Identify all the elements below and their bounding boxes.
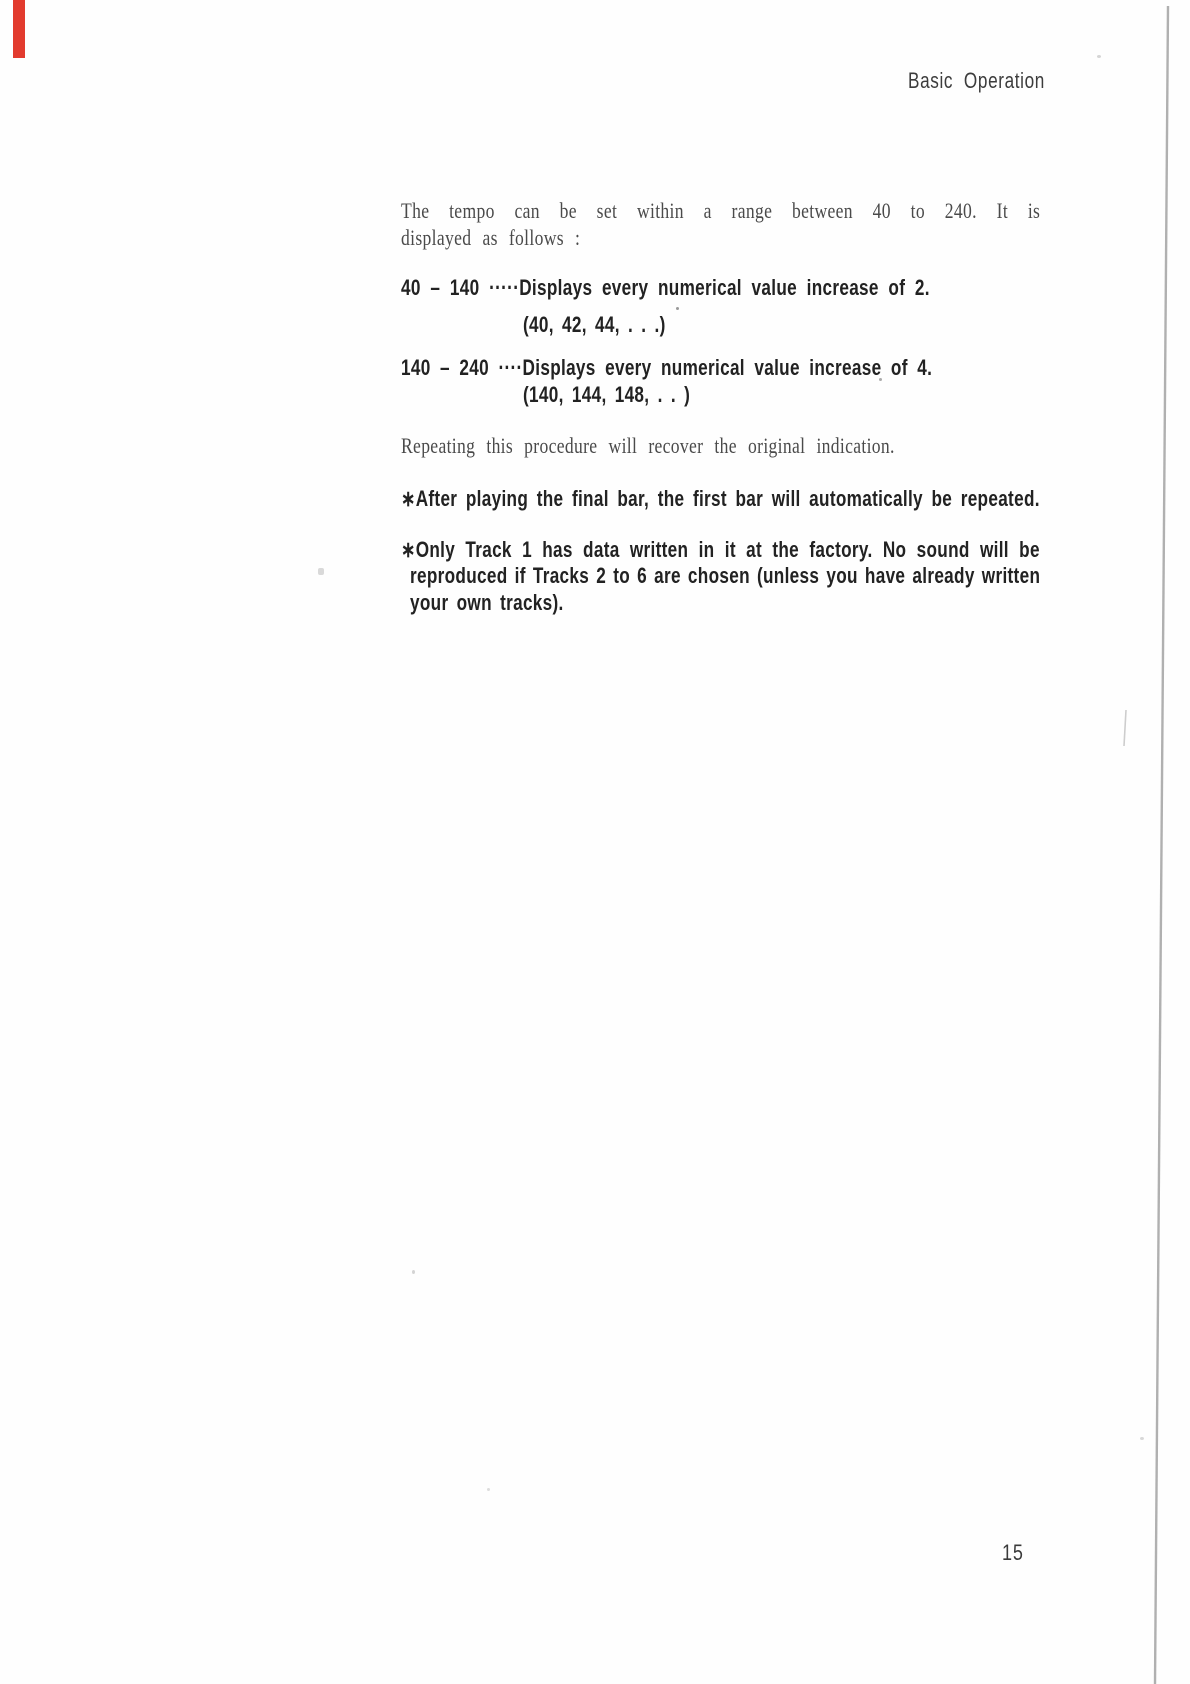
repeat-note: Repeating this procedure will recover th…: [401, 433, 895, 458]
binding-line: [1155, 6, 1168, 1684]
scan-speck: [487, 1488, 490, 1491]
scan-speck: [1140, 1437, 1144, 1440]
note-2-line-3: your own tracks).: [410, 590, 564, 615]
tempo-range-sub-1: (40, 42, 44, . . .): [523, 312, 666, 337]
scan-speck: [1097, 55, 1101, 58]
intro-line-2: displayed as follows :: [401, 225, 580, 250]
note-2-line-1-text: Only Track 1 has data written in it at t…: [416, 537, 1040, 562]
scan-speck: [318, 568, 324, 575]
note-1: ∗After playing the final bar, the first …: [401, 486, 1040, 511]
asterisk-icon: ∗: [401, 486, 416, 511]
scan-speck: [676, 307, 679, 310]
note-2-line-1: ∗Only Track 1 has data written in it at …: [401, 537, 1040, 562]
intro-line-1: The tempo can be set within a range betw…: [401, 198, 1040, 223]
manual-page: Basic Operation The tempo can be set wit…: [0, 0, 1190, 1684]
tempo-range-row-2: 140 – 240 ····Displays every numerical v…: [401, 355, 932, 380]
tempo-range-row-1: 40 – 140 ·····Displays every numerical v…: [401, 275, 930, 300]
asterisk-icon: ∗: [401, 537, 416, 562]
scan-artifacts-layer: [0, 0, 1190, 1684]
tempo-range-sub-2: (140, 144, 148, . . ): [523, 382, 690, 407]
scan-speck: [412, 1270, 415, 1274]
page-header: Basic Operation: [908, 68, 1045, 93]
note-1-text: After playing the final bar, the first b…: [416, 486, 1040, 511]
note-2-line-2: reproduced if Tracks 2 to 6 are chosen (…: [410, 563, 1040, 588]
page-number: 15: [1002, 1540, 1024, 1565]
margin-tick: [1124, 710, 1126, 746]
